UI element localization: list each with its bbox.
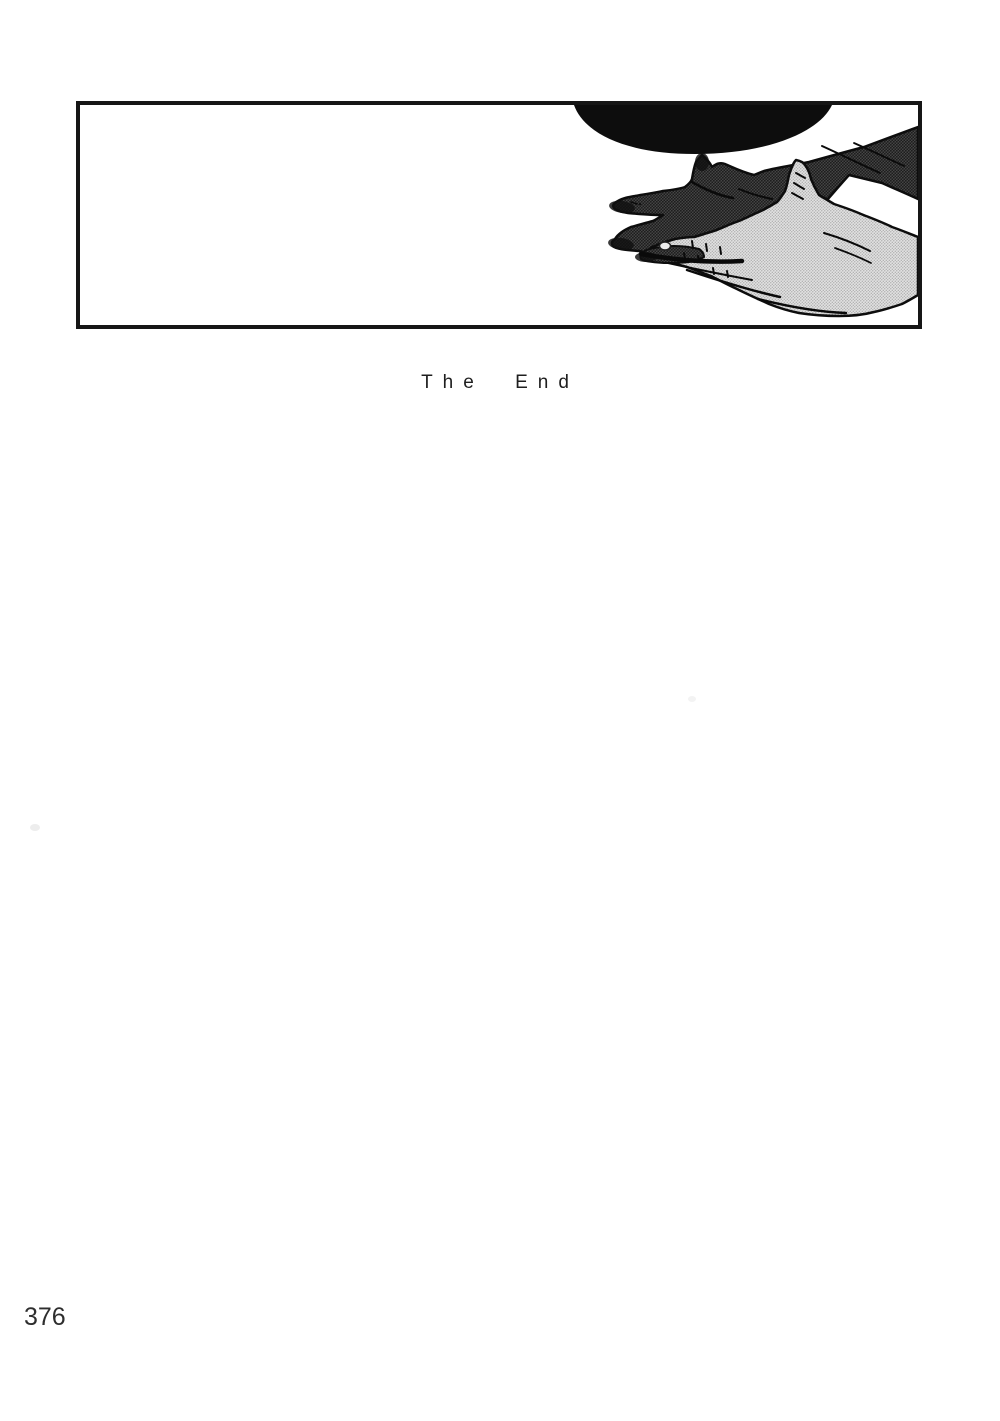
manga-panel — [76, 101, 922, 329]
panel-illustration — [80, 105, 918, 325]
scan-speck — [688, 696, 696, 702]
manga-page: The End 376 — [0, 0, 1000, 1421]
dark-dome-silhouette — [574, 105, 832, 154]
end-caption: The End — [0, 371, 1000, 395]
scan-speck — [30, 824, 40, 831]
fingernail-detail — [660, 242, 671, 250]
page-number: 376 — [24, 1303, 66, 1331]
